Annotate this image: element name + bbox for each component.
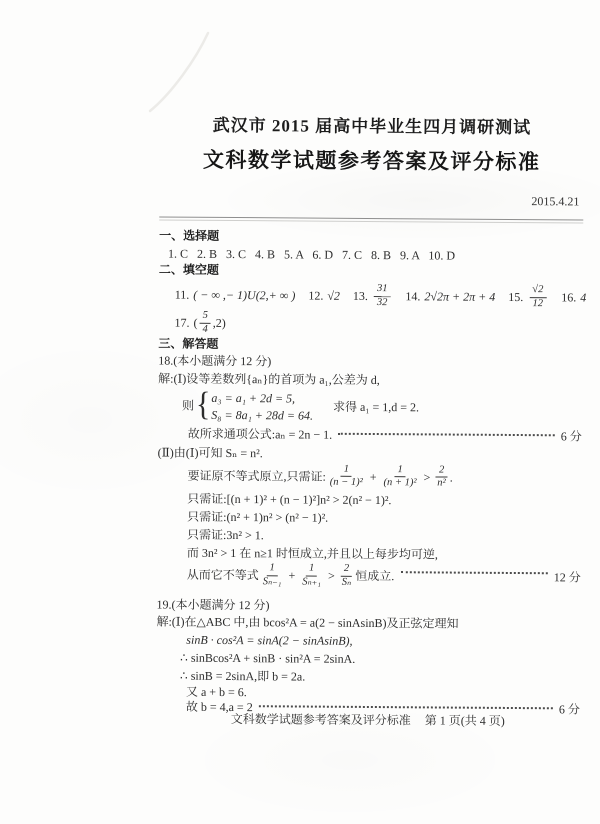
fraction: 1 (n − 1)² [328,464,365,489]
fraction: 1 Sₙ₋₁ [261,563,284,588]
fill-item-label: 17. [174,315,189,331]
plus-operator: + [370,468,377,484]
q18-line-9: 从而它不等式 1 Sₙ₋₁ + 1 Sₙ₊₁ > 2 Sₙ 恒成立. 12 分 [157,561,581,592]
q19-line-4: ∴ sinB = 2sinA,即 b = 2a. [156,668,580,687]
fill-item-16: 16. 4 [561,289,586,305]
fill-item-label: 12. [308,288,323,304]
paren-close: ,2) [213,315,226,331]
paren-open: ( [193,315,197,331]
doc-date: 2015.4.21 [159,192,583,209]
fill-item-value: √2 [327,288,340,304]
document-content: 武汉市 2015 届高中毕业生四月调研测试 文科数学试题参考答案及评分标准 20… [156,115,584,730]
fill-item-value: 4 [580,289,586,305]
system-equations: a₃ = a₁ + 2d = 5, S₈ = 8a₁ + 28d = 64. [211,389,313,423]
fraction: 1 (n + 1)² [382,464,419,489]
q18-equation-system: 则 { a₃ = a₁ + 2d = 5, S₈ = 8a₁ + 28d = 6… [158,389,582,426]
fill-item-13: 13. 31 32 [353,283,393,308]
q18-line-2: 故所求通项公式:aₙ = 2n − 1. 6 分 [158,426,582,445]
fill-item-15: 15. √2 12 [508,284,548,309]
system-eq-1: a₃ = a₁ + 2d = 5, [211,389,313,406]
score-label: 6 分 [561,428,582,444]
fill-item-label: 13. [353,288,368,304]
choice-answers: 1. C 2. B 3. C 4. B 5. A 6. D 7. C 8. B … [159,246,583,265]
score-label: 12 分 [554,569,581,585]
q18-line-4-prefix: 要证原不等式原立,只需证: [187,467,325,484]
doc-subtitle: 文科数学试题参考答案及评分标准 [160,146,584,177]
system-result: 求得 a₁ = 1,d = 2. [333,399,419,416]
q18-line-1: 解:(Ⅰ)设等差数列{aₙ}的首项为 a₁,公差为 d, [158,371,582,390]
scanned-page: 武汉市 2015 届高中毕业生四月调研测试 文科数学试题参考答案及评分标准 20… [0,0,600,824]
fill-item-label: 16. [561,289,576,305]
plus-operator: + [288,567,295,583]
q18-line-5: 只需证:[(n + 1)² + (n − 1)²]n² > 2(n² − 1)²… [157,491,581,510]
fraction: 2 Sₙ [340,563,354,588]
system-eq-2: S₈ = 8a₁ + 28d = 64. [211,406,313,423]
fill-item-label: 11. [175,287,190,303]
fill-item-value: 2√2π + 2π + 4 [424,288,495,304]
q18-line-9-prefix: 从而它不等式 [187,567,259,584]
fill-item-14: 14. 2√2π + 2π + 4 [405,288,495,305]
q19-line-1: 解:(Ⅰ)在△ABC 中,由 bcos²A = a(2 − sinAsinB)及… [156,614,580,633]
greater-than-operator: > [328,568,335,584]
section-heading-solutions: 三、解答题 [158,336,582,355]
fraction: 2 n² [435,464,448,489]
dotted-leader [338,433,555,437]
q18-title: 18.(本小题满分 12 分) [158,353,582,372]
q18-line-3: (Ⅱ)由(Ⅰ)可知 Sₙ = n². [158,445,582,464]
dotted-leader [400,571,547,574]
fill-item-12: 12. √2 [308,288,340,304]
q18-line-9-suffix: 恒成立. [355,568,394,584]
fraction: 5 4 [199,310,210,335]
footer-title: 文科数学试题参考答案及评分标准 [231,712,411,728]
greater-than-operator: > [424,469,431,485]
score-label: 6 分 [559,702,580,717]
dotted-leader [259,705,553,709]
fill-item-11: 11. ( − ∞ ,− 1)U(2,+ ∞ ) [175,287,296,304]
q18-line-6: 只需证:(n² + 1)n² > (n² − 1)². [157,509,581,528]
period: . [450,469,453,485]
brace-glyph: { [196,388,211,422]
fill-answers-row-2: 17. ( 5 4 ,2) [158,310,582,339]
q18-line-7: 只需证:3n² > 1. [157,527,581,546]
footer-page-number: 第 1 页(共 4 页) [425,713,505,729]
fraction: 31 32 [374,283,391,308]
header-rule [159,217,583,224]
fill-item-label: 15. [508,289,523,305]
fill-answers-row: 11. ( − ∞ ,− 1)U(2,+ ∞ ) 12. √2 13. 31 3… [159,282,583,311]
q18-line-2-text: 故所求通项公式:aₙ = 2n − 1. [188,426,332,443]
system-prefix: 则 [182,398,194,414]
q19-line-3: ∴ sinBcos²A + sinB · sin²A = 2sinA. [156,650,580,669]
doc-title: 武汉市 2015 届高中毕业生四月调研测试 [160,115,584,140]
fill-item-label: 14. [405,288,420,304]
scan-artifact-line [130,25,220,125]
q19-line-2: sinB · cos²A = sinA(2 − sinAsinB), [156,632,580,651]
fill-item-value: ( − ∞ ,− 1)U(2,+ ∞ ) [193,287,295,304]
q18-line-8: 而 3n² > 1 在 n≥1 时恒成立,并且以上每步均可逆, [157,545,581,564]
fill-item-17: 17. ( 5 4 ,2) [174,310,225,335]
fraction: 1 Sₙ₊₁ [300,563,323,588]
section-heading-fill: 二、填空题 [159,262,583,281]
q19-title: 19.(本小题满分 12 分) [157,597,581,616]
section-heading-choice: 一、选择题 [159,228,583,247]
q18-line-4: 要证原不等式原立,只需证: 1 (n − 1)² + 1 (n + 1)² > … [157,462,581,492]
fraction: √2 12 [529,285,546,310]
